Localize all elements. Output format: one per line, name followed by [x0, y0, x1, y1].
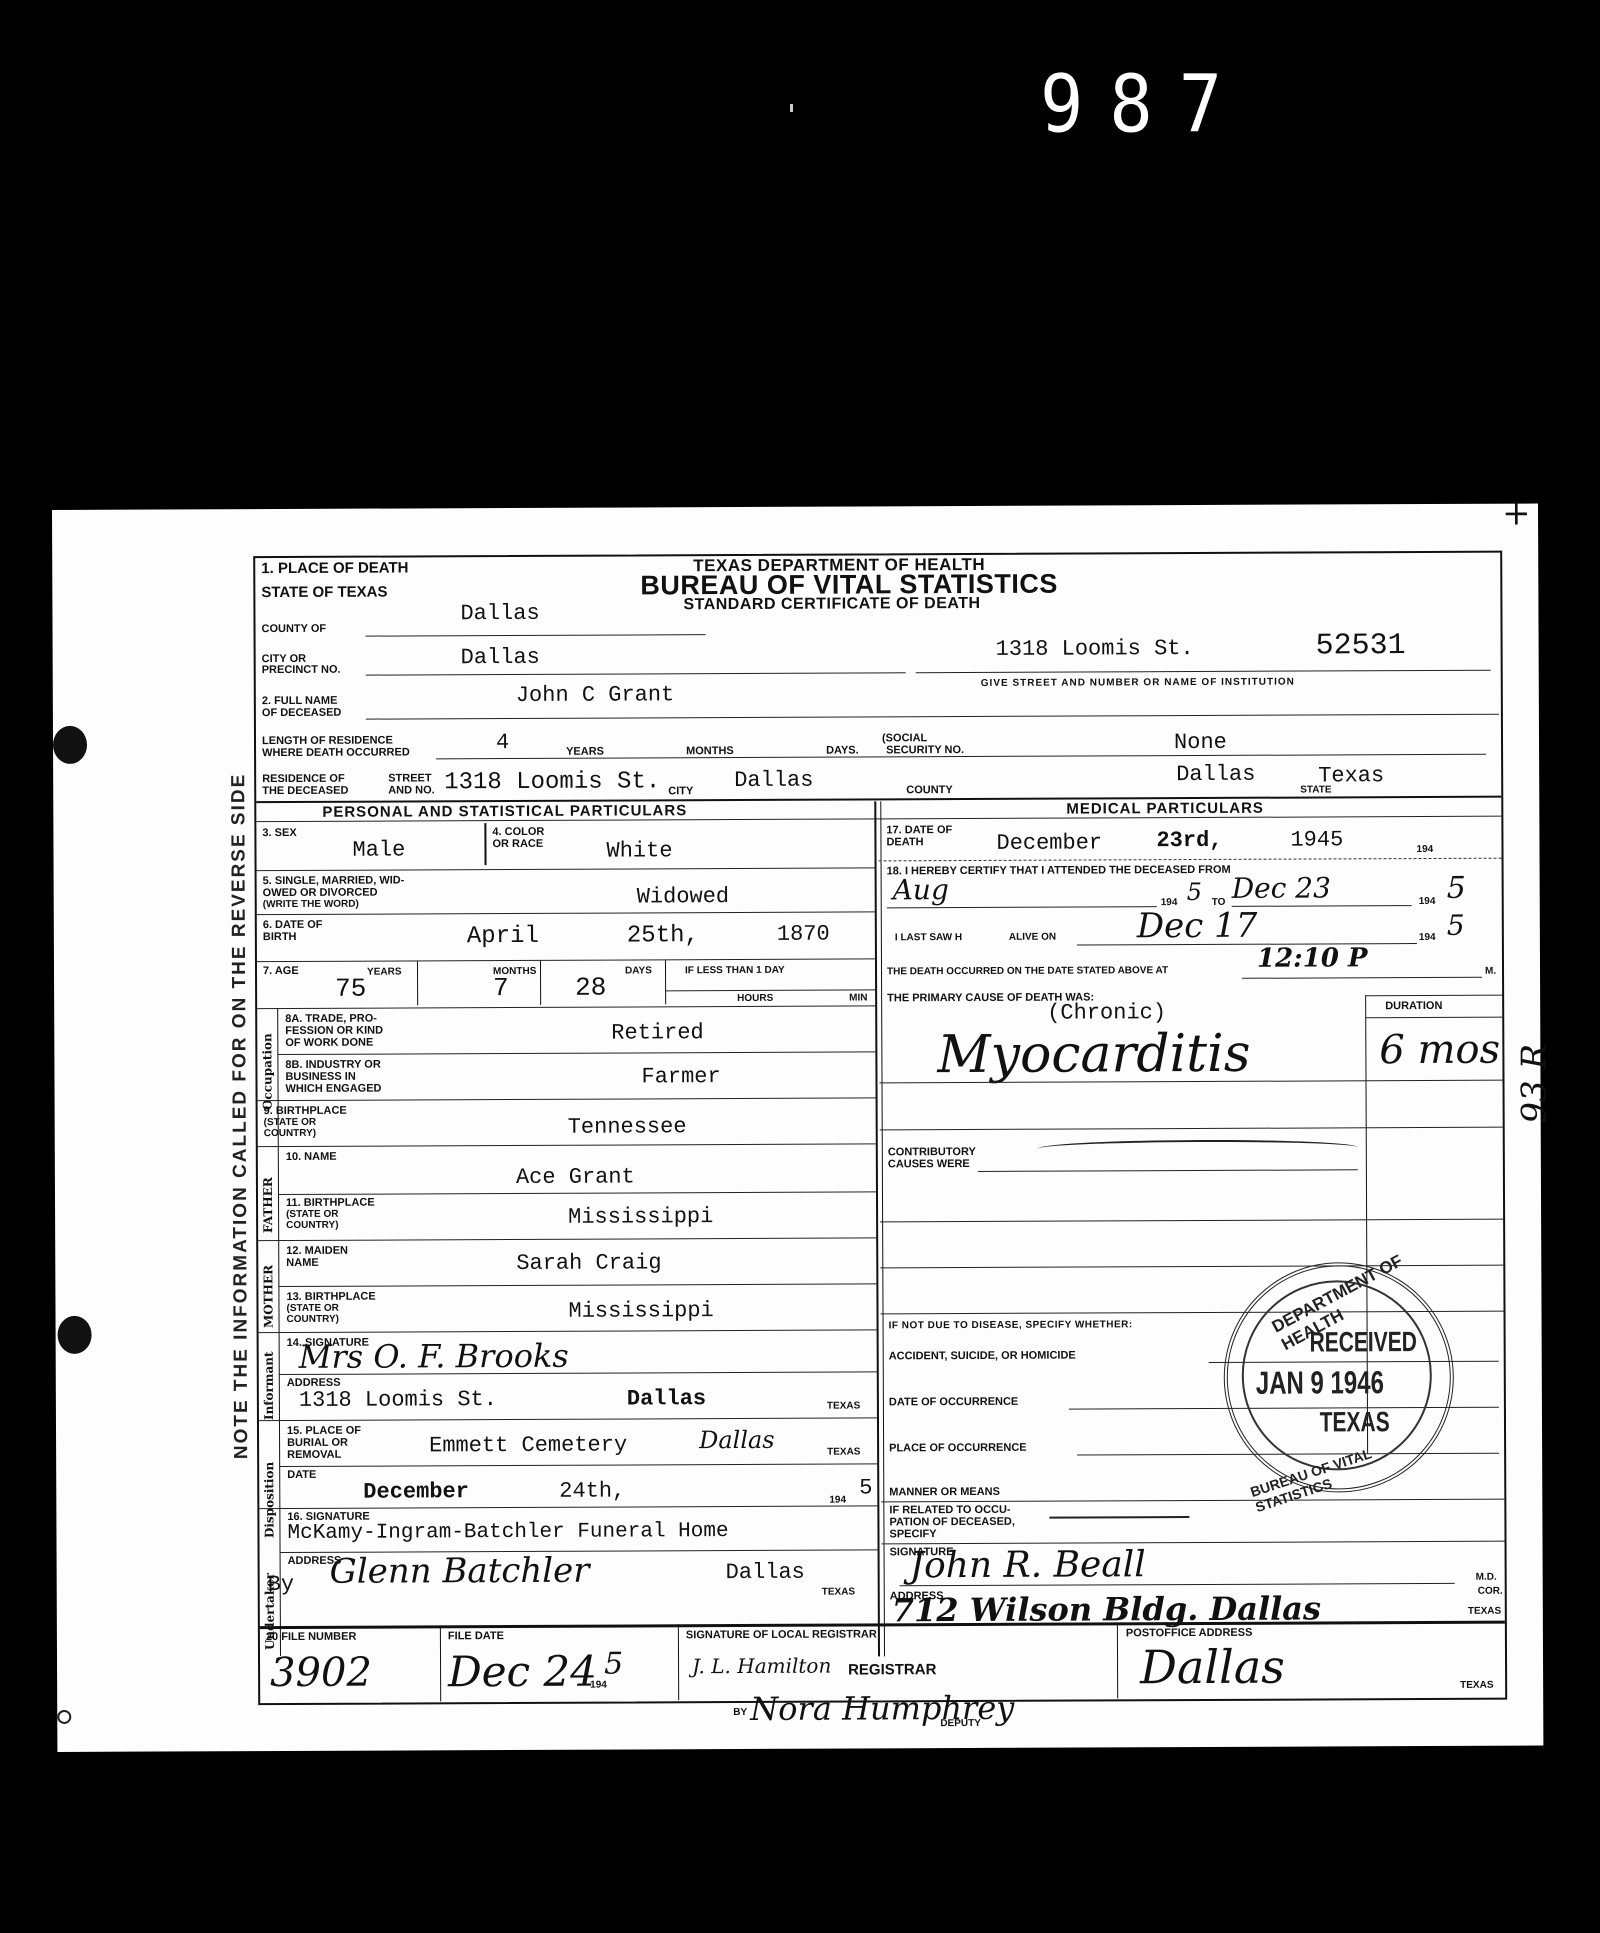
trade-label-3: OF WORK DONE — [285, 1038, 373, 1049]
texas-label: TEXAS — [1460, 1681, 1493, 1691]
attended-to-year: 5 — [1447, 871, 1466, 906]
duration-label: DURATION — [1385, 1001, 1442, 1012]
father-name-label: 10. NAME — [286, 1152, 337, 1163]
dob-label-1: 6. DATE OF — [263, 920, 323, 931]
occupation-related-label-3: SPECIFY — [889, 1529, 936, 1540]
texas-label: TEXAS — [822, 1588, 855, 1598]
father-birthplace-label-3: COUNTRY) — [286, 1221, 338, 1231]
contributory-label-2: CAUSES WERE — [888, 1159, 970, 1170]
undertaker-by-label: By — [268, 1572, 295, 1597]
street-label-2: AND NO. — [388, 785, 435, 796]
occupation-related-label-1: IF RELATED TO OCCU- — [889, 1505, 1010, 1517]
margin-mark-top: + — [1502, 494, 1531, 534]
age-months-label: MONTHS — [493, 967, 536, 977]
father-birthplace-label-1: 11. BIRTHPLACE — [286, 1198, 375, 1209]
residence-street: 1318 Loomis St. — [444, 768, 660, 796]
county-value: Dallas — [460, 601, 539, 626]
father-birthplace-label-2: (STATE OR — [286, 1210, 338, 1220]
file-date-label: FILE DATE — [448, 1631, 504, 1642]
residence-label-1: RESIDENCE OF — [262, 774, 345, 785]
primary-cause: Myocarditis — [937, 1024, 1250, 1085]
last-saw-label: I LAST SAW H — [895, 933, 962, 943]
mother-side-label: MOTHER — [261, 1265, 275, 1328]
dob-label-2: BIRTH — [263, 932, 297, 943]
mother-birthplace: Mississippi — [568, 1298, 713, 1324]
certificate-title: STANDARD CERTIFICATE OF DEATH — [683, 595, 980, 614]
informant-side-label: Informant — [262, 1351, 276, 1420]
race-label-1: 4. COLOR — [492, 827, 544, 838]
years-label: YEARS — [566, 747, 604, 758]
mother-birthplace-label-2: (STATE OR — [286, 1304, 338, 1314]
mother-name: Sarah Craig — [516, 1250, 661, 1276]
hours-label: HOURS — [737, 994, 773, 1004]
disposition-side-label: Disposition — [262, 1462, 276, 1538]
texas-label: TEXAS — [1468, 1607, 1501, 1617]
residence-label-2: THE DECEASED — [262, 786, 348, 797]
residence-years: 4 — [496, 730, 509, 755]
death-street-value: 1318 Loomis St. — [996, 636, 1194, 662]
father-birthplace: Mississippi — [568, 1204, 713, 1230]
medical-section-title: MEDICAL PARTICULARS — [1066, 800, 1264, 818]
birthplace-label-3: COUNTRY) — [264, 1129, 316, 1139]
less-than-day-label: IF LESS THAN 1 DAY — [685, 966, 785, 976]
received-stamp: DEPARTMENT OF HEALTH RECEIVED JAN 9 1946… — [1223, 1262, 1454, 1493]
file-date-year: 5 — [604, 1647, 623, 1682]
ssn-label-2: SECURITY NO. — [886, 745, 964, 756]
last-saw-date: Dec 17 — [1137, 906, 1258, 947]
residence-county: Dallas — [1176, 762, 1255, 787]
race-value: White — [606, 838, 672, 863]
deceased-name: John C Grant — [516, 682, 675, 708]
burial-label-2: BURIAL OR — [287, 1438, 348, 1449]
undertaker-by-signature: Glenn Batchler — [330, 1551, 590, 1592]
death-certificate: NOTE THE INFORMATION CALLED FOR ON THE R… — [52, 504, 1543, 1752]
punch-hole — [53, 726, 87, 764]
father-name: Ace Grant — [516, 1164, 635, 1190]
contributory-label-1: CONTRIBUTORY — [888, 1147, 976, 1158]
death-time-label: THE DEATH OCCURRED ON THE DATE STATED AB… — [887, 966, 1168, 977]
marital-value: Widowed — [637, 884, 730, 909]
marital-label-2: OWED OR DIVORCED — [263, 888, 378, 900]
last-saw-year-prefix: 194 — [1419, 933, 1436, 943]
residence-length-label-1: LENGTH OF RESIDENCE — [262, 736, 393, 748]
residence-county-label: COUNTY — [906, 785, 953, 796]
registrar-label: SIGNATURE OF LOCAL REGISTRAR — [686, 1629, 877, 1641]
alive-on-label: ALIVE ON — [1009, 933, 1056, 943]
trade-value: Retired — [611, 1020, 704, 1045]
attended-from-year: 5 — [1187, 878, 1202, 906]
name-label-1: 2. FULL NAME — [262, 696, 338, 707]
dod-label-2: DEATH — [886, 837, 923, 848]
duration-value: 6 mos — [1379, 1027, 1500, 1074]
punch-hole — [58, 1316, 92, 1354]
father-side-label: FATHER — [261, 1177, 275, 1233]
ssn-value: None — [1174, 730, 1227, 755]
undertaker-name: McKamy-Ingram-Batchler Funeral Home — [287, 1520, 728, 1545]
physician-signature: John R. Beall — [910, 1544, 1146, 1586]
birthplace-label-1: 9. BIRTHPLACE — [264, 1106, 347, 1117]
file-number: 3902 — [270, 1650, 372, 1696]
industry-label-1: 8B. INDUSTRY OR — [285, 1060, 380, 1071]
industry-label-3: WHICH ENGAGED — [286, 1084, 382, 1095]
postoffice-label: POSTOFFICE ADDRESS — [1126, 1628, 1253, 1640]
texas-label: TEXAS — [827, 1401, 860, 1411]
city-value: Dallas — [461, 645, 540, 670]
cor-label: COR. — [1478, 1587, 1503, 1597]
burial-label-1: 15. PLACE OF — [287, 1426, 361, 1437]
last-saw-year: 5 — [1447, 909, 1465, 942]
stamp-state: TEXAS — [1320, 1406, 1390, 1438]
mother-birthplace-label-3: COUNTRY) — [287, 1315, 339, 1325]
file-date-year-prefix: 194 — [590, 1681, 607, 1691]
scan-mark — [790, 104, 793, 112]
occupation-related-label-2: PATION OF DECEASED, — [889, 1517, 1015, 1529]
place-of-death-label: 1. PLACE OF DEATH — [261, 561, 408, 575]
dod-year: 1945 — [1290, 827, 1343, 852]
attended-to-year-prefix: 194 — [1419, 897, 1436, 907]
months-label: MONTHS — [686, 746, 734, 757]
residence-length-label-2: WHERE DEATH OCCURRED — [262, 747, 410, 759]
street-label-1: STREET — [388, 773, 431, 784]
informant-signature: Mrs O. F. Brooks — [299, 1337, 569, 1376]
reverse-side-note: NOTE THE INFORMATION CALLED FOR ON THE R… — [228, 773, 253, 1460]
date-occurrence-label: DATE OF OCCURRENCE — [889, 1397, 1018, 1409]
contributory-dash-stroke — [1038, 1139, 1358, 1156]
age-days: 28 — [575, 973, 606, 1003]
death-time: 12:10 P — [1257, 943, 1368, 973]
burial-month: December — [363, 1479, 469, 1504]
industry-label-2: BUSINESS IN — [285, 1072, 355, 1083]
deputy-by-label: BY — [733, 1708, 747, 1718]
stamp-status: RECEIVED — [1309, 1326, 1417, 1358]
chronic-qualifier: (Chronic) — [1047, 1000, 1166, 1026]
residence-city-label: CITY — [668, 786, 693, 797]
certificate-number: 52531 — [1316, 629, 1406, 663]
dob-day: 25th, — [627, 922, 699, 949]
trade-label-2: FESSION OR KIND — [285, 1026, 383, 1037]
dod-month: December — [996, 830, 1102, 855]
days-label: DAYS. — [826, 745, 859, 756]
undertaker-city: Dallas — [726, 1560, 805, 1585]
registrar-title: REGISTRAR — [848, 1663, 936, 1676]
age-months: 7 — [493, 973, 509, 1003]
manner-label: MANNER OR MEANS — [889, 1487, 1000, 1498]
dob-year: 1870 — [777, 922, 830, 947]
place-occurrence-label: PLACE OF OCCURRENCE — [889, 1443, 1027, 1455]
marital-label-3: (WRITE THE WORD) — [263, 900, 359, 910]
min-label: MIN — [849, 993, 867, 1003]
trade-label-1: 8A. TRADE, PRO- — [285, 1014, 377, 1025]
file-date: Dec 24 — [448, 1647, 597, 1697]
scan-stamp-number: 987 — [1040, 58, 1248, 150]
marital-label-1: 5. SINGLE, MARRIED, WID- — [263, 875, 405, 887]
dob-month: April — [467, 923, 539, 950]
attended-to: Dec 23 — [1232, 871, 1331, 904]
m-label: M. — [1485, 967, 1496, 977]
city-label-2: PRECINCT NO. — [262, 665, 341, 676]
sex-value: Male — [352, 837, 405, 862]
burial-year: 5 — [859, 1475, 872, 1500]
age-label: 7. AGE — [263, 966, 299, 977]
county-label: COUNTY OF — [261, 624, 326, 635]
burial-day: 24th, — [559, 1479, 625, 1504]
mother-name-label-1: 12. MAIDEN — [286, 1246, 348, 1257]
dod-year-printed: 194 — [1416, 845, 1433, 855]
dod-day: 23rd, — [1156, 828, 1222, 853]
texas-label: TEXAS — [827, 1447, 860, 1457]
burial-year-prefix: 194 — [829, 1496, 846, 1506]
personal-section-title: PERSONAL AND STATISTICAL PARTICULARS — [322, 802, 687, 821]
age-days-label: DAYS — [625, 966, 652, 976]
postoffice-value: Dallas — [1140, 1640, 1285, 1695]
birthplace-value: Tennessee — [568, 1114, 687, 1140]
form-frame: 1. PLACE OF DEATH STATE OF TEXAS TEXAS D… — [253, 551, 1507, 1705]
informant-city: Dallas — [627, 1386, 706, 1411]
sex-label: 3. SEX — [262, 828, 296, 839]
md-label: M.D. — [1476, 1573, 1497, 1583]
accident-label: ACCIDENT, SUICIDE, OR HOMICIDE — [889, 1351, 1076, 1363]
registrar-signature: J. L. Hamilton — [692, 1654, 831, 1679]
street-hint: GIVE STREET AND NUMBER OR NAME OF INSTIT… — [981, 678, 1295, 689]
not-disease-label: IF NOT DUE TO DISEASE, SPECIFY WHETHER: — [889, 1320, 1133, 1331]
deputy-label: DEPUTY — [940, 1719, 981, 1729]
dod-label-1: 17. DATE OF — [886, 825, 952, 836]
burial-label-3: REMOVAL — [287, 1450, 341, 1461]
column-divider — [874, 801, 885, 1656]
mother-name-label-2: NAME — [286, 1258, 318, 1269]
age-years: 75 — [335, 974, 366, 1004]
state-label: STATE OF TEXAS — [261, 586, 387, 600]
burial-place: Emmett Cemetery — [429, 1432, 627, 1458]
burial-date-label: DATE — [287, 1470, 316, 1481]
punch-hole-small — [57, 1710, 71, 1724]
informant-address: 1318 Loomis St. — [299, 1387, 497, 1413]
age-years-label: YEARS — [367, 967, 401, 977]
mother-birthplace-label-1: 13. BIRTHPLACE — [286, 1292, 375, 1303]
burial-city: Dallas — [699, 1426, 775, 1454]
industry-value: Farmer — [641, 1064, 720, 1089]
ssn-label-1: (SOCIAL — [882, 733, 927, 744]
margin-mark-side: 93 R — [1514, 1044, 1554, 1124]
occupation-side-label: Occupation — [260, 1033, 274, 1110]
residence-state: Texas — [1318, 763, 1384, 788]
file-number-label: 20 FILE NUMBER — [266, 1632, 357, 1643]
race-label-2: OR RACE — [492, 839, 543, 850]
residence-city: Dallas — [734, 768, 813, 793]
stamp-date: JAN 9 1946 — [1256, 1364, 1384, 1402]
name-label-2: OF DECEASED — [262, 708, 342, 719]
birthplace-label-2: (STATE OR — [264, 1118, 316, 1128]
attended-from: Aug — [893, 873, 949, 906]
